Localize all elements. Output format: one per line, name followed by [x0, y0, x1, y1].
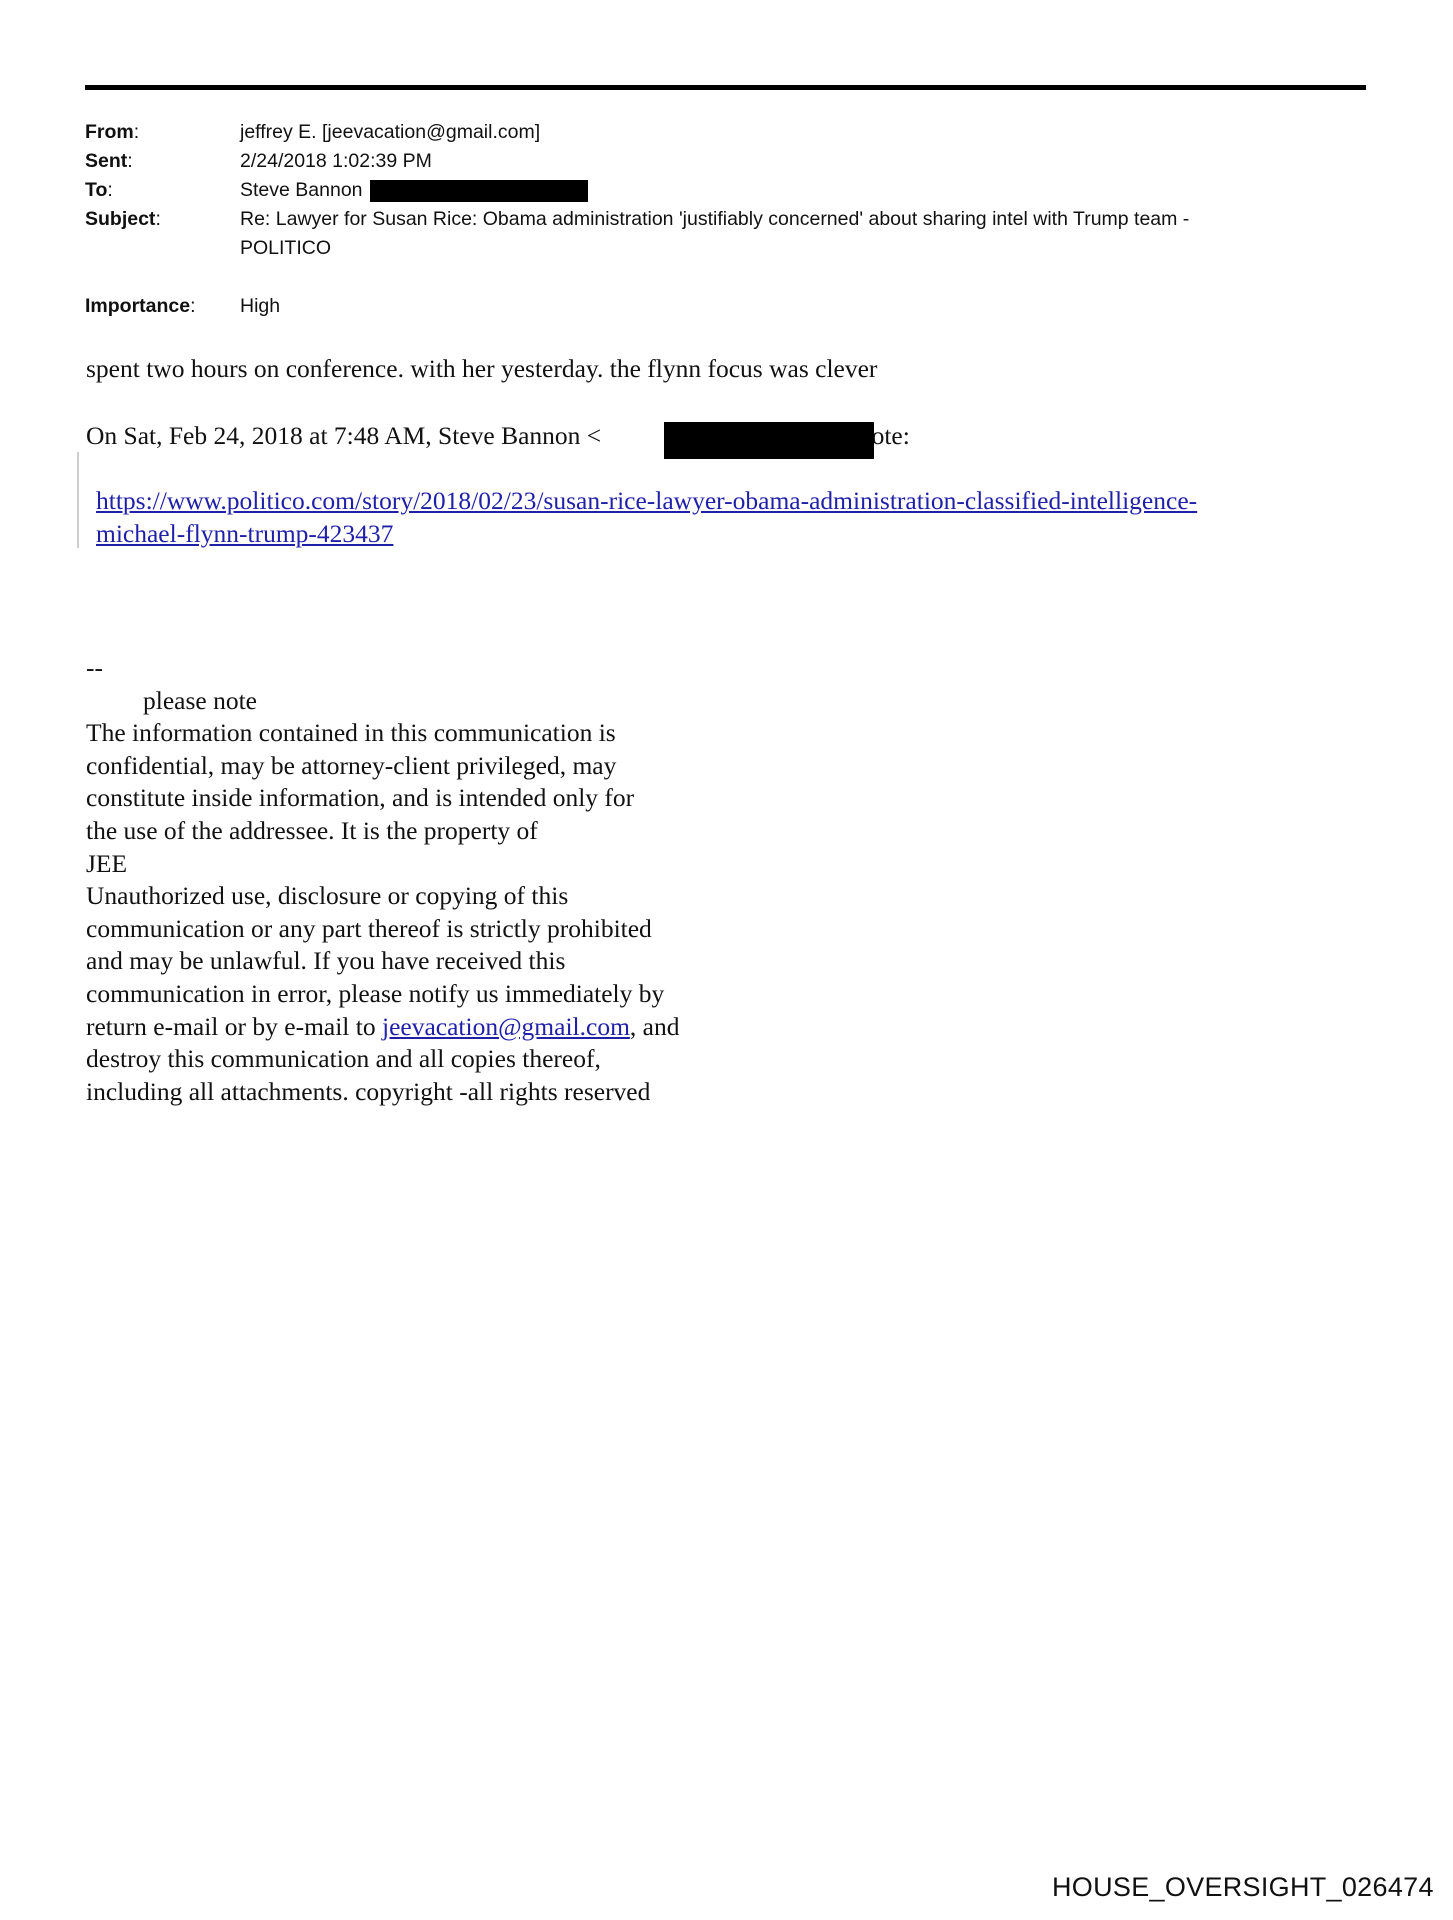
- bates-number: HOUSE_OVERSIGHT_026474: [1052, 1872, 1434, 1903]
- disclaimer-email-link[interactable]: jeevacation@gmail.com: [382, 1012, 630, 1041]
- quoted-url-line1[interactable]: https://www.politico.com/story/2018/02/2…: [96, 486, 1197, 516]
- from-label: From:: [85, 118, 139, 147]
- disclaimer-line-with-email: return e-mail or by e-mail to jeevacatio…: [86, 1011, 680, 1044]
- disclaimer-line: please note: [86, 685, 680, 718]
- disclaimer-line: including all attachments. copyright -al…: [86, 1076, 680, 1109]
- subject-label: Subject:: [85, 205, 161, 234]
- disclaimer-line: JEE: [86, 848, 680, 881]
- sent-value: 2/24/2018 1:02:39 PM: [240, 147, 432, 176]
- quote-attribution-prefix: On Sat, Feb 24, 2018 at 7:48 AM, Steve B…: [86, 421, 601, 450]
- header-rule: [85, 85, 1366, 90]
- reply-text: spent two hours on conference. with her …: [86, 354, 877, 384]
- redaction-box-sender-email: [664, 422, 874, 459]
- importance-value: High: [240, 292, 280, 321]
- subject-value-line1: Re: Lawyer for Susan Rice: Obama adminis…: [240, 205, 1189, 234]
- quote-bar: [77, 452, 79, 548]
- disclaimer-line: The information contained in this commun…: [86, 717, 680, 750]
- return-line-prefix: return e-mail or by e-mail to: [86, 1012, 382, 1041]
- disclaimer-line: Unauthorized use, disclosure or copying …: [86, 880, 680, 913]
- to-label: To:: [85, 176, 113, 205]
- quoted-url-line2[interactable]: michael-flynn-trump-423437: [96, 519, 393, 549]
- from-value: jeffrey E. [jeevacation@gmail.com]: [240, 118, 540, 147]
- politico-url-link[interactable]: https://www.politico.com/story/2018/02/2…: [96, 486, 1197, 515]
- redaction-box-to-address: [370, 180, 588, 202]
- to-value: Steve Bannon: [240, 176, 363, 205]
- importance-label: Importance:: [85, 292, 196, 321]
- disclaimer-line: the use of the addressee. It is the prop…: [86, 815, 680, 848]
- politico-url-link-continued[interactable]: michael-flynn-trump-423437: [96, 519, 393, 548]
- sent-label: Sent:: [85, 147, 133, 176]
- subject-value-line2: POLITICO: [240, 234, 331, 263]
- disclaimer-line: communication or any part thereof is str…: [86, 913, 680, 946]
- disclaimer-line: confidential, may be attorney-client pri…: [86, 750, 680, 783]
- signature-separator: --: [86, 652, 680, 685]
- disclaimer-line: destroy this communication and all copie…: [86, 1043, 680, 1076]
- disclaimer-line: communication in error, please notify us…: [86, 978, 680, 1011]
- signature-block: -- please note The information contained…: [86, 652, 680, 1108]
- disclaimer-line: constitute inside information, and is in…: [86, 782, 680, 815]
- disclaimer-line: and may be unlawful. If you have receive…: [86, 945, 680, 978]
- return-line-suffix: , and: [630, 1012, 680, 1041]
